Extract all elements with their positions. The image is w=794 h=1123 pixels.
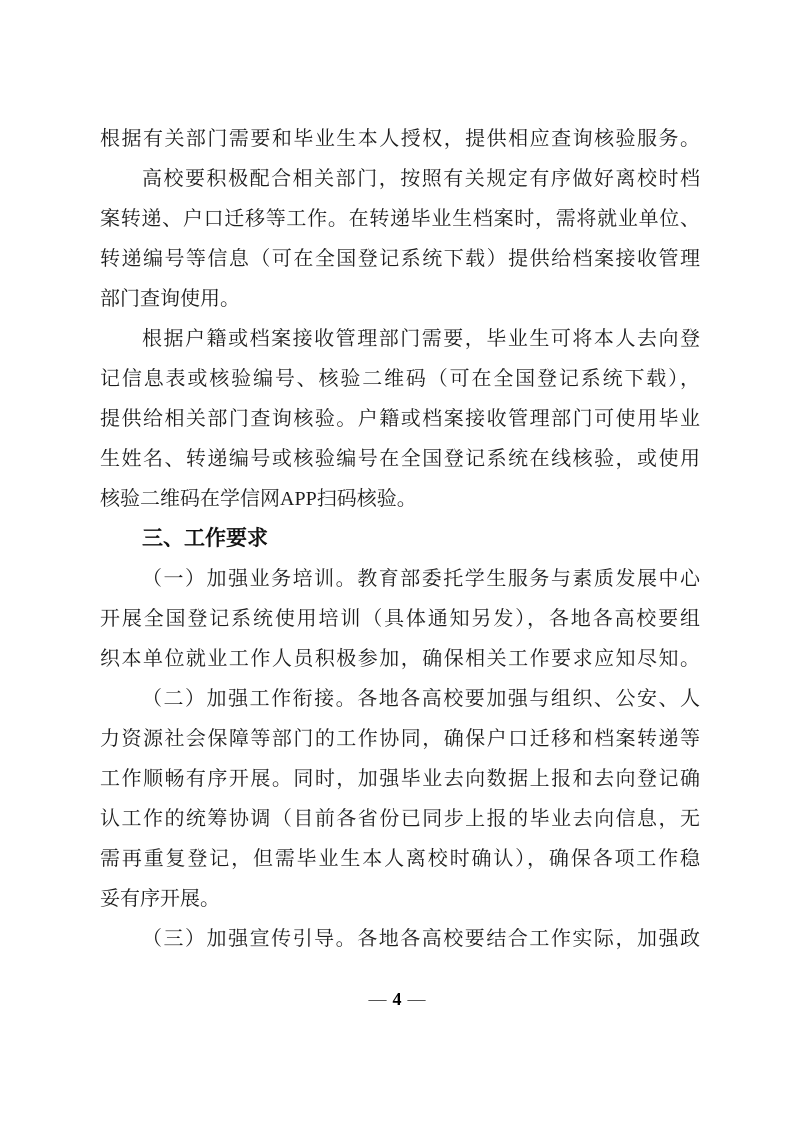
paragraph-line: 记信息表或核验编号、核验二维码（可在全国登记系统下载）， [100, 359, 700, 399]
document-page: 根据有关部门需要和毕业生本人授权，提供相应查询核验服务。 高校要积极配合相关部门… [0, 0, 794, 1123]
paragraph-line: 认工作的统筹协调（目前各省份已同步上报的毕业去向信息，无 [100, 799, 700, 839]
page-number: 4 [393, 989, 402, 1009]
paragraph-line: 力资源社会保障等部门的工作协同，确保户口迁移和档案转递等 [100, 719, 700, 759]
paragraph-line: 案转递、户口迁移等工作。在转递毕业生档案时，需将就业单位、 [100, 199, 700, 239]
page-footer: —4— [0, 988, 794, 1010]
section-heading: 三、工作要求 [100, 519, 700, 559]
paragraph-line: 根据户籍或档案接收管理部门需要，毕业生可将本人去向登 [100, 319, 700, 359]
footer-dash-right: — [408, 989, 426, 1009]
paragraph-line: 生姓名、转递编号或核验编号在全国登记系统在线核验，或使用 [100, 439, 700, 479]
paragraph-line: 需再重复登记，但需毕业生本人离校时确认），确保各项工作稳 [100, 839, 700, 879]
document-body: 根据有关部门需要和毕业生本人授权，提供相应查询核验服务。 高校要积极配合相关部门… [100, 119, 700, 959]
paragraph-line: 工作顺畅有序开展。同时，加强毕业去向数据上报和去向登记确 [100, 759, 700, 799]
paragraph-line: （二）加强工作衔接。各地各高校要加强与组织、公安、人 [100, 679, 700, 719]
paragraph-line: 提供给相关部门查询核验。户籍或档案接收管理部门可使用毕业 [100, 399, 700, 439]
footer-dash-left: — [369, 989, 387, 1009]
paragraph-line: 核验二维码在学信网APP扫码核验。 [100, 479, 700, 519]
paragraph-line: （一）加强业务培训。教育部委托学生服务与素质发展中心 [100, 559, 700, 599]
paragraph-line: 部门查询使用。 [100, 279, 700, 319]
paragraph-line: （三）加强宣传引导。各地各高校要结合工作实际，加强政 [100, 919, 700, 959]
paragraph-line: 妥有序开展。 [100, 879, 700, 919]
paragraph-line: 转递编号等信息（可在全国登记系统下载）提供给档案接收管理 [100, 239, 700, 279]
paragraph-line: 高校要积极配合相关部门，按照有关规定有序做好离校时档 [100, 159, 700, 199]
paragraph-line: 织本单位就业工作人员积极参加，确保相关工作要求应知尽知。 [100, 639, 700, 679]
paragraph-line: 开展全国登记系统使用培训（具体通知另发），各地各高校要组 [100, 599, 700, 639]
paragraph-line: 根据有关部门需要和毕业生本人授权，提供相应查询核验服务。 [100, 119, 700, 159]
